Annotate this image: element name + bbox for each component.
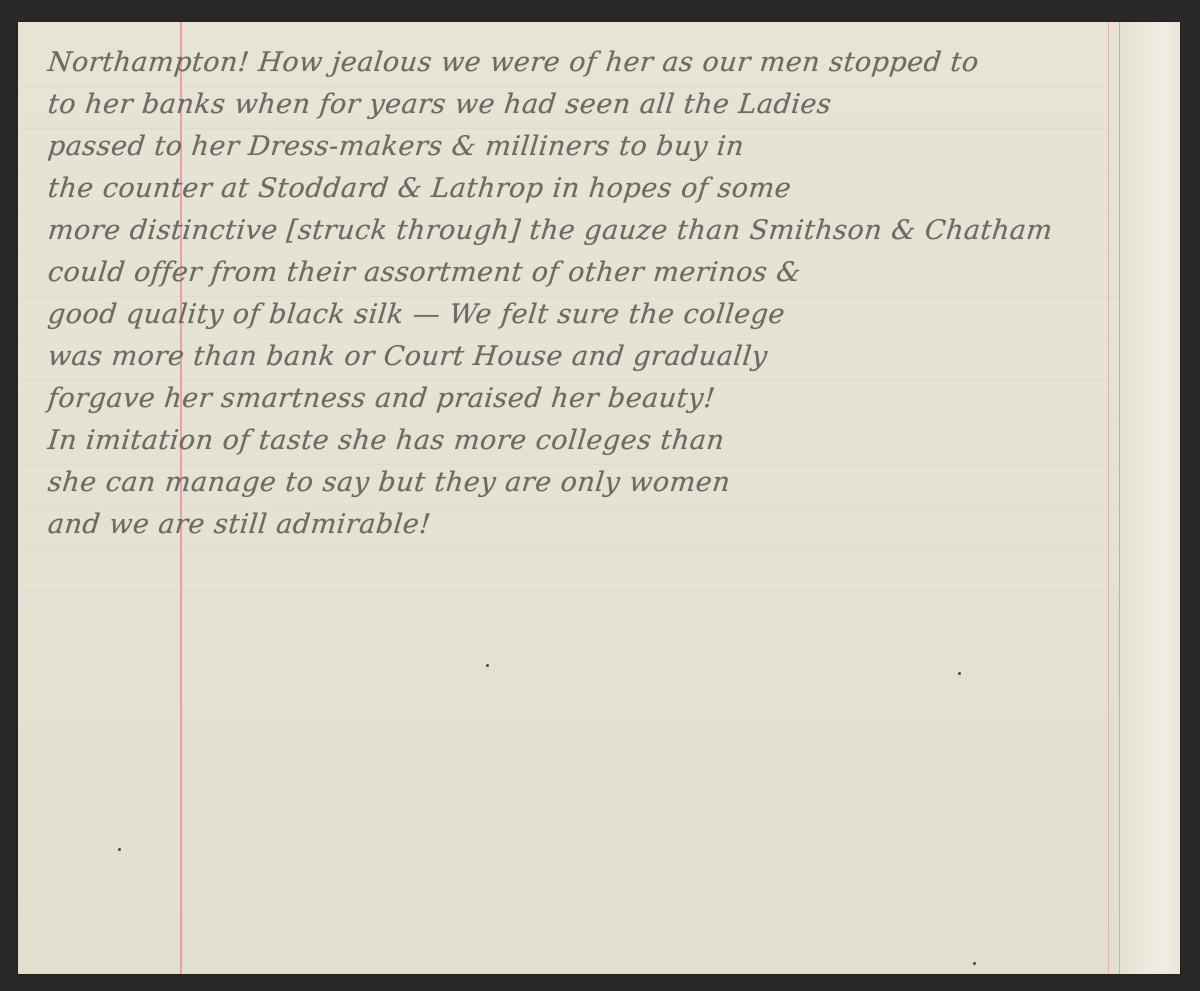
text-line: was more than bank or Court House and gr… <box>46 336 1160 378</box>
pencil-speck <box>958 672 961 675</box>
letter-page: Northampton! How jealous we were of her … <box>18 22 1180 974</box>
text-line: she can manage to say but they are only … <box>46 462 1160 504</box>
text-line: to her banks when for years we had seen … <box>46 84 1160 126</box>
handwritten-text: Northampton! How jealous we were of her … <box>48 42 1158 546</box>
pencil-speck <box>118 848 121 851</box>
text-line: more distinctive [struck through] the ga… <box>46 210 1160 252</box>
scan-background: Northampton! How jealous we were of her … <box>0 0 1200 991</box>
pencil-speck <box>973 962 976 965</box>
text-line: Northampton! How jealous we were of her … <box>46 42 1160 84</box>
ruled-line <box>18 590 1120 591</box>
text-line: could offer from their assortment of oth… <box>46 252 1160 294</box>
text-line: passed to her Dress-makers & milliners t… <box>46 126 1160 168</box>
text-line: and we are still admirable! <box>46 504 1160 546</box>
text-line: forgave her smartness and praised her be… <box>46 378 1160 420</box>
pencil-speck <box>486 664 489 667</box>
text-line: In imitation of taste she has more colle… <box>46 420 1160 462</box>
text-line: the counter at Stoddard & Lathrop in hop… <box>46 168 1160 210</box>
text-line: good quality of black silk — We felt sur… <box>46 294 1160 336</box>
ruled-line <box>18 548 1120 549</box>
